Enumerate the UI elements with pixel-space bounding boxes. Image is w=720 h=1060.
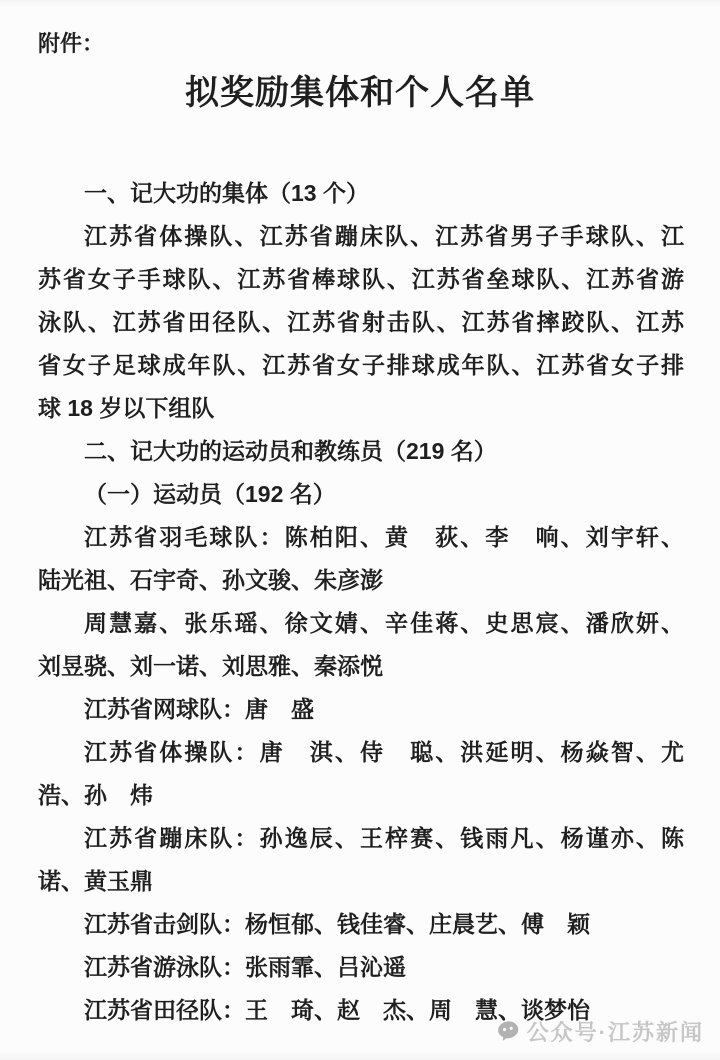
document-line: 泳队、江苏省田径队、江苏省射击队、江苏省摔跤队、江苏 [38,301,684,344]
document-line: 浩、孙 炜 [38,774,684,817]
document-line: 诺、黄玉鼎 [38,860,684,903]
document-page: 附件： 拟奖励集体和个人名单 一、记大功的集体（13 个）江苏省体操队、江苏省蹦… [0,0,720,1060]
document-line: 江苏省体操队、江苏省蹦床队、江苏省男子手球队、江 [38,215,684,258]
document-title: 拟奖励集体和个人名单 [0,68,720,118]
document-line: 江苏省击剑队：杨恒郁、钱佳睿、庄晨艺、傅 颖 [38,903,684,946]
document-line: 省女子足球成年队、江苏省女子排球成年队、江苏省女子排 [38,344,684,387]
document-line: 江苏省体操队：唐 淇、侍 聪、洪延明、杨焱智、尤 [38,731,684,774]
document-line: 球 18 岁以下组队 [38,387,684,430]
document-line: 二、记大功的运动员和教练员（219 名） [38,430,684,473]
document-body: 一、记大功的集体（13 个）江苏省体操队、江苏省蹦床队、江苏省男子手球队、江苏省… [38,172,684,1032]
document-line: 江苏省网球队：唐 盛 [38,688,684,731]
document-line: 苏省女子手球队、江苏省棒球队、江苏省垒球队、江苏省游 [38,258,684,301]
document-line: 周慧嘉、张乐瑶、徐文婧、辛佳蒋、史思宸、潘欣妍、 [38,602,684,645]
document-line: 一、记大功的集体（13 个） [38,172,684,215]
document-line: 江苏省羽毛球队：陈柏阳、黄 荻、李 响、刘宇轩、 [38,516,684,559]
document-line: 江苏省蹦床队：孙逸辰、王梓赛、钱雨凡、杨谨亦、陈 [38,817,684,860]
document-line: 江苏省游泳队：张雨霏、吕沁遥 [38,946,684,989]
document-line: 刘昱骁、刘一诺、刘思雅、秦添悦 [38,645,684,688]
document-line: 江苏省田径队：王 琦、赵 杰、周 慧、谈梦怡 [38,989,684,1032]
document-line: 陆光祖、石宇奇、孙文骏、朱彦澎 [38,559,684,602]
attachment-label: 附件： [38,28,104,60]
document-line: （一）运动员（192 名） [38,473,684,516]
